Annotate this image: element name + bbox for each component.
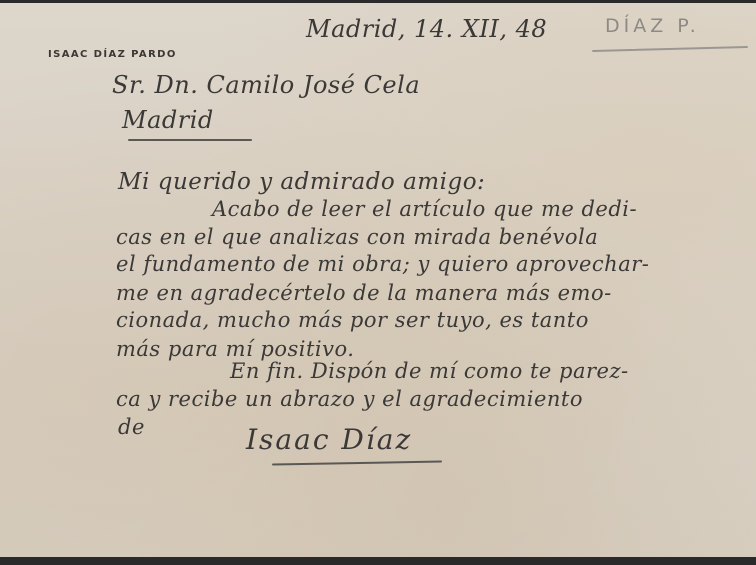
- body-line-1: Acabo de leer el artículo que me dedi-: [212, 197, 637, 221]
- body-line-9: de: [118, 415, 145, 439]
- body-line-6: más para mí positivo.: [116, 337, 354, 361]
- body-line-8: ca y recibe un abrazo y el agradecimient…: [116, 387, 583, 411]
- signature-underline: [272, 461, 442, 465]
- body-line-7: En fin. Dispón de mí como te parez-: [230, 359, 629, 383]
- recipient-city: Madrid: [122, 106, 214, 134]
- body-line-3: el fundamento de mi obra; y quiero aprov…: [116, 252, 649, 276]
- body-line-4: me en agradecértelo de la manera más emo…: [116, 281, 612, 305]
- body-line-2: cas en el que analizas con mirada benévo…: [116, 225, 598, 249]
- letterhead: ISAAC DÍAZ PARDO: [48, 49, 177, 60]
- archive-annotation: DÍAZ P.: [605, 15, 700, 37]
- body-line-5: cionada, mucho más por ser tuyo, es tant…: [116, 308, 589, 332]
- date-line: Madrid, 14. XII, 48: [306, 15, 547, 43]
- recipient-name: Sr. Dn. Camilo José Cela: [112, 71, 420, 99]
- recipient-city-underline: [128, 139, 252, 141]
- archive-annotation-underline: [592, 46, 748, 52]
- letter-card: ISAAC DÍAZ PARDO Madrid, 14. XII, 48 DÍA…: [0, 3, 756, 557]
- signature: Isaac Díaz: [246, 423, 412, 456]
- salutation: Mi querido y admirado amigo:: [118, 169, 485, 195]
